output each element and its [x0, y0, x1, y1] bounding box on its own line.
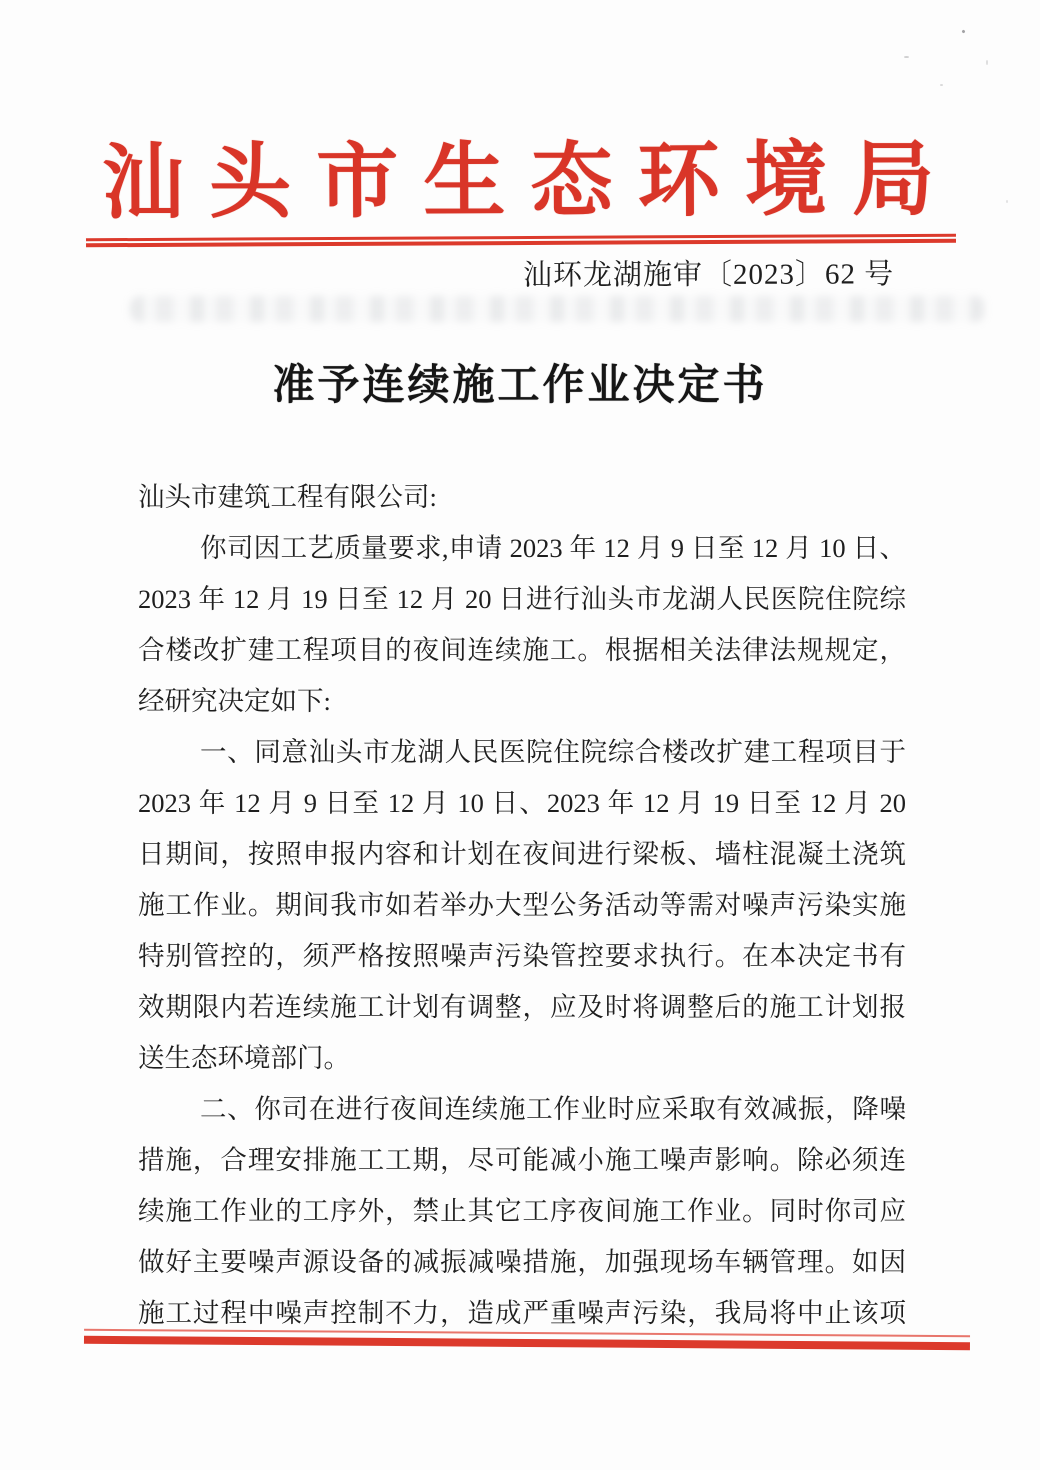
agency-letterhead: 汕 头 市 生 态 环 境 局 [102, 128, 934, 236]
agency-char: 生 [423, 141, 505, 223]
scan-speck-artifact [904, 56, 909, 58]
doc-number: 汕环龙湖施审〔2023〕62 号 [523, 251, 894, 293]
body-line: 施工作业。期间我市如若举办大型公务活动等需对噪声污染实施 [138, 880, 906, 931]
body-line: 特别管控的，须严格按照噪声污染管控要求执行。在本决定书有 [138, 931, 906, 982]
body-line: 2023 年 12 月 9 日至 12 月 10 日、2023 年 12 月 1… [138, 778, 906, 829]
body-line: 效期限内若连续施工计划有调整，应及时将调整后的施工计划报 [138, 982, 906, 1033]
body-line: 经研究决定如下: [138, 676, 906, 727]
letterhead-divider [86, 234, 956, 248]
agency-char: 局 [852, 139, 934, 221]
agency-char: 境 [745, 140, 827, 222]
scan-bleedthrough-artifact [130, 296, 985, 322]
body-line: 措施，合理安排施工工期，尽可能减小施工噪声影响。除必须连 [138, 1135, 906, 1186]
agency-char: 态 [530, 141, 612, 223]
scan-speck-artifact [961, 29, 965, 33]
agency-char: 汕 [102, 142, 184, 224]
scan-speck-artifact [940, 84, 943, 86]
body-line: 你司因工艺质量要求,申请 2023 年 12 月 9 日至 12 月 10 日、 [138, 523, 906, 574]
body-line: 续施工作业的工序外，禁止其它工序夜间施工作业。同时你司应 [138, 1186, 906, 1237]
scan-speck-artifact [1006, 200, 1008, 203]
body-line: 二、你司在进行夜间连续施工作业时应采取有效减振，降噪 [138, 1084, 906, 1135]
body-line: 一、同意汕头市龙湖人民医院住院综合楼改扩建工程项目于 [138, 727, 906, 778]
body-line: 日期间，按照申报内容和计划在夜间进行梁板、墙柱混凝土浇筑 [138, 829, 906, 880]
scan-speck-artifact [986, 60, 988, 65]
body-line: 送生态环境部门。 [138, 1033, 906, 1084]
body-line: 2023 年 12 月 19 日至 12 月 20 日进行汕头市龙湖人民医院住院… [138, 574, 906, 625]
agency-char: 市 [316, 142, 398, 224]
agency-char: 头 [209, 142, 291, 224]
document-body: 汕头市建筑工程有限公司: 你司因工艺质量要求,申请 2023 年 12 月 9 … [138, 472, 906, 1339]
body-line: 做好主要噪声源设备的减振减噪措施，加强现场车辆管理。如因 [138, 1237, 906, 1288]
scanned-document-page: 汕 头 市 生 态 环 境 局 汕环龙湖施审〔2023〕62 号 准予连续施工作… [0, 0, 1040, 1470]
agency-char: 环 [638, 140, 720, 222]
document-title: 准予连续施工作业决定书 [0, 352, 1040, 412]
body-line: 合楼改扩建工程项目的夜间连续施工。根据相关法律法规规定， [138, 625, 906, 676]
body-line-recipient: 汕头市建筑工程有限公司: [138, 472, 906, 523]
